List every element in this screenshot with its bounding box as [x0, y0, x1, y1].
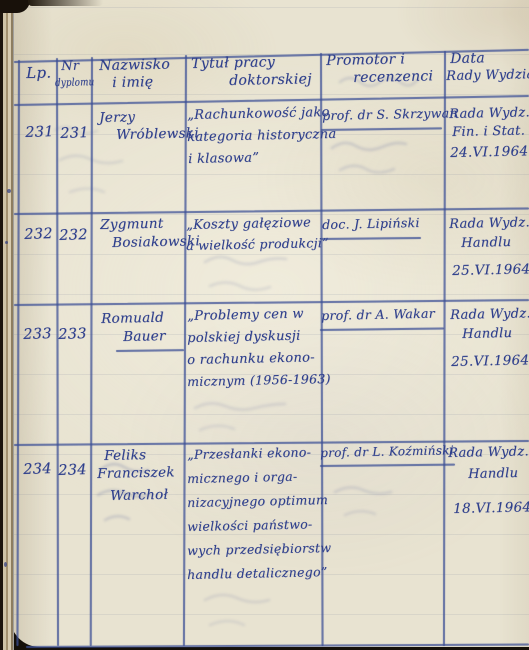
cell-title-line: wych przedsiębiorstw	[187, 542, 331, 558]
header-cell-thesis-title: doktorskiej	[229, 72, 312, 88]
cell-date-line: Rada Wydz.	[449, 106, 529, 121]
header-cell-name: Nazwisko	[99, 58, 170, 73]
ink-dot	[7, 189, 11, 193]
cell-title-line: micznego i orga-	[187, 471, 298, 486]
cell-title-line: „Problemy cen w	[187, 308, 304, 323]
cell-diploma-number: 232	[59, 228, 88, 243]
cell-date-line: 24.VI.1964	[450, 145, 528, 160]
binding-edge	[0, 0, 14, 650]
ink-dot	[4, 562, 7, 567]
notebook-photo: Lp. Nr dyplomu Nazwisko i imię Tytuł pra…	[0, 0, 529, 650]
header-cell-promotor: Promotor i	[326, 52, 405, 68]
cell-name-line: Romuald	[101, 312, 164, 327]
cell-title-line: polskiej dyskusji	[187, 330, 301, 345]
cell-name-line: Jerzy	[99, 111, 135, 125]
cell-title-line: a wielkość produkcji”	[186, 237, 329, 252]
cell-date-line: Rada Wydz.	[448, 445, 529, 460]
cell-title-line: „Przesłanki ekono-	[187, 446, 311, 461]
cell-date-line: Handlu	[468, 467, 518, 481]
cell-lp: 232	[24, 227, 53, 242]
cell-title-line: kategoria historyczna	[187, 128, 337, 144]
cell-date-line: Handlu	[461, 236, 511, 250]
cell-date-line: Rada Wydz.	[450, 307, 529, 322]
cell-date-line: 25.VI.1964	[451, 354, 529, 369]
cell-diploma-number: 231	[60, 126, 89, 141]
cell-name-line: Franciszek	[97, 466, 175, 481]
header-cell-date: Rady Wydziału	[446, 68, 529, 83]
cell-title-line: nizacyjnego optimum	[187, 494, 328, 509]
cell-date-line: Handlu	[462, 327, 512, 341]
header-cell-diploma-number: Nr	[61, 60, 79, 73]
cell-title-line: „Koszty gałęziowe	[186, 216, 311, 232]
cell-date-line: Rada Wydz.	[449, 216, 529, 231]
cell-title-line: micznym (1956-1963)	[187, 373, 331, 389]
header-cell-diploma-number: dyplomu	[55, 77, 94, 88]
cell-promotor: doc. J. Lipiński	[322, 217, 420, 232]
cell-date-line: Fin. i Stat.	[452, 124, 525, 139]
top-edge-shadow	[28, 0, 103, 6]
cell-promotor: prof. dr L. Koźmiński	[320, 444, 454, 459]
header-cell-promotor: recenzenci	[353, 69, 433, 85]
cell-name-line: Feliks	[104, 449, 146, 463]
cell-title-line: handlu detalicznego”	[187, 566, 328, 581]
cell-promotor: prof. dr A. Wakar	[321, 308, 435, 323]
cell-promotor: prof. dr S. Skrzywan	[322, 107, 458, 122]
cell-lp: 234	[23, 462, 52, 477]
cell-date-line: 18.VI.1964	[453, 501, 529, 516]
cell-diploma-number: 233	[58, 327, 87, 342]
header-cell-name: i imię	[112, 75, 154, 90]
cell-lp: 233	[23, 327, 52, 342]
ink-dot	[5, 241, 8, 244]
header-cell-date: Data	[450, 51, 485, 66]
cell-title-line: „Rachunkowość jako	[187, 106, 330, 122]
cell-name-line: Bauer	[123, 330, 166, 344]
header-cell-lp: Lp.	[26, 65, 52, 81]
cell-date-line: 25.VI.1964	[452, 263, 529, 278]
cell-diploma-number: 234	[58, 463, 87, 478]
cell-name-line: Zygmunt	[100, 218, 164, 233]
cell-lp: 231	[25, 125, 54, 140]
cell-name-line: Warchoł	[110, 489, 168, 504]
cell-title-line: o rachunku ekono-	[187, 351, 315, 367]
header-cell-thesis-title: Tytuł pracy	[191, 55, 275, 71]
cell-title-line: i klasowa”	[188, 152, 259, 166]
page-edge-line	[13, 0, 14, 650]
cell-title-line: wielkości państwo-	[187, 518, 313, 533]
